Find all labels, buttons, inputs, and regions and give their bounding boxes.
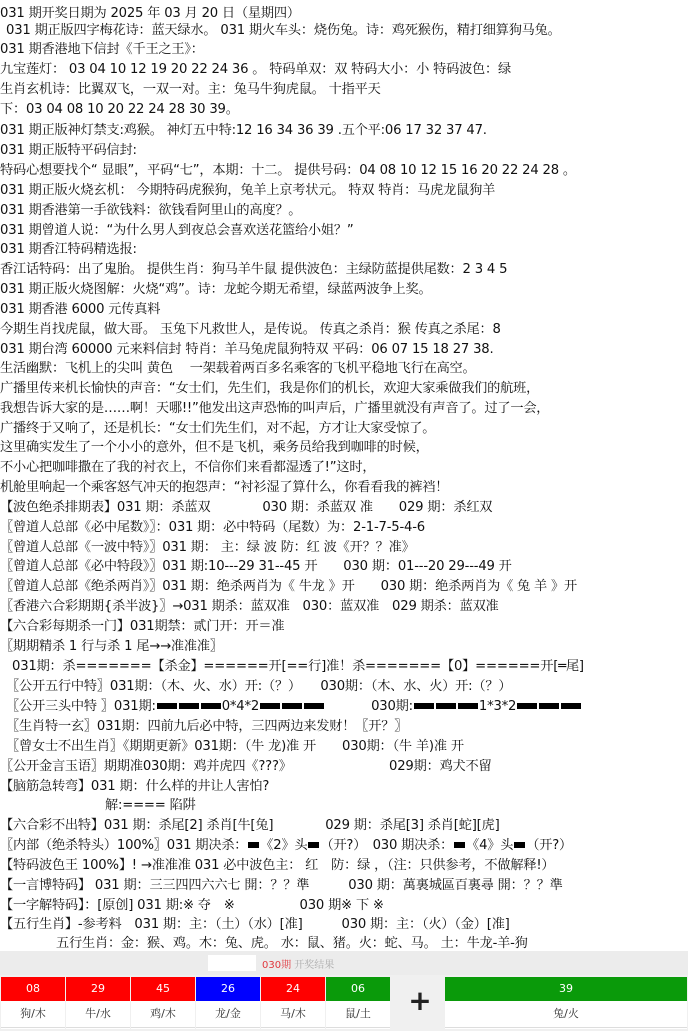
doc-line: 【一字解特码】：[原创] 031 期:※ 夺 ※ 030 期※ 下 ※ <box>0 896 384 916</box>
result-ball: 06 鼠/土 <box>326 977 390 1029</box>
doc-line: 九宝莲灯： 03 04 10 12 19 20 22 24 36 。 特码单双：… <box>0 60 511 80</box>
draw-result-panel: 030期 开奖结果 08 狗/木 29 牛/水 45 鸡/木 26 龙/金 24… <box>0 951 688 1031</box>
result-ball: 26 龙/金 <box>196 977 260 1029</box>
block-bar-icon <box>436 703 456 709</box>
doc-line: 031 期正版火烧玄机： 今期特码虎猴狗，兔羊上京考状元。 特双 特肖：马虎龙鼠… <box>0 181 495 201</box>
ball-number: 08 <box>1 977 65 1001</box>
doc-line: 〖生肖特一玄〗031期：四前九后必中特，三四两边来发财！〖开？〗 <box>6 717 407 737</box>
result-ball: 29 牛/水 <box>66 977 130 1029</box>
doc-line: 【六合彩不出特】031 期：杀尾[2] 杀肖[牛[兔] 029 期：杀尾[3] … <box>0 816 500 836</box>
doc-line: 〖期期精杀 1 行与杀 1 尾→→准准准〗 <box>0 637 223 657</box>
result-ball: 45 鸡/木 <box>131 977 195 1029</box>
doc-line: 下：03 04 08 10 20 22 24 28 30 39。 <box>0 100 239 120</box>
result-period: 030期 <box>262 960 291 971</box>
ball-zodiac: 马/木 <box>261 1001 325 1028</box>
block-bar-icon <box>539 703 559 709</box>
special-ball: 39 兔/火 <box>445 977 687 1029</box>
doc-line: 031 期香港第一手欲钱料：欲钱看阿里山的高度？。 <box>0 201 301 221</box>
block-bar-icon <box>308 842 319 848</box>
period-input-box[interactable] <box>208 955 256 971</box>
block-bar-icon <box>414 703 434 709</box>
doc-line: 【特码波色王 100%】! →准准准 031 必中波色主： 红 防：绿 ，（注：… <box>0 856 554 876</box>
ball-zodiac: 鸡/木 <box>131 1001 195 1028</box>
doc-line: 这里确实发生了一个小小的意外，但不是飞机，乘务员给我到咖啡的时候， <box>0 438 429 458</box>
neibu-line: 〖内部（绝杀特头）100%〗031 期决杀：《2》头（开?） 030 期决杀：《… <box>0 836 572 856</box>
doc-line: 【五行生肖】-参考料 031 期：主：（土）（水）[准] 030 期：主：（火）… <box>0 915 510 935</box>
doc-line: 031 期香港地下信封《千王之王》： <box>0 40 204 60</box>
plus-icon: + <box>395 977 445 1029</box>
ball-number: 45 <box>131 977 195 1001</box>
doc-line: 【六合彩每期杀一门】031期禁：贰门开：开＝准 <box>0 617 284 637</box>
sante-030-code: 1*3*2 <box>479 699 516 714</box>
doc-line: 031 期正版火烧图解：火烧“鸡”。诗：龙蛇今期无希望，绿蓝两波争上奖。 <box>0 280 431 300</box>
doc-line: 〖曾女士不出生肖〗《期期更新》031期：（牛 龙)准 开 030期：（牛 羊)准… <box>6 737 464 757</box>
doc-line: 生活幽默：飞机上的尖叫 黄色 一架载着两百多名乘客的飞机平稳地飞行在高空。 <box>0 359 476 379</box>
doc-line: 【一言博特码】 031 期：三三四四六六七 開：？？準 030 期：萬裏城區百裏… <box>0 876 563 896</box>
block-bar-icon <box>304 703 324 709</box>
ball-number: 26 <box>196 977 260 1001</box>
block-bar-icon <box>517 703 537 709</box>
doc-line: 031 期曾道人说：“为什么男人到夜总会喜欢送花篮给小姐？” <box>0 221 354 241</box>
block-bar-icon <box>201 703 221 709</box>
ball-zodiac: 狗/木 <box>1 1001 65 1028</box>
block-bar-icon <box>179 703 199 709</box>
doc-line: 广播里传来机长愉快的声音：“女士们，先生们，我是你们的机长，欢迎大家乘做我们的航… <box>0 379 539 399</box>
block-bar-icon <box>282 703 302 709</box>
neibu-031-value: 《2》头 <box>260 838 307 853</box>
doc-line: 031期：杀=======【杀金】======开[==行]准！杀=======【… <box>12 657 584 677</box>
doc-line: 〖曾道人总部《一波中特》〗031 期： 主：绿 波 防：红 波《开？？准》 <box>0 538 415 558</box>
doc-line: 不小心把咖啡撒在了我的衬衣上，不信你们来看都湿透了!”这时， <box>0 458 375 478</box>
doc-line: 031 期正版神灯禁支:鸡猴。 神灯五中特:12 16 34 36 39 .五个… <box>0 121 487 141</box>
doc-line: 机舱里响起一个乘客怒气冲天的抱怨声：“衬衫湿了算什么，你看看我的裤裆！ <box>0 478 448 498</box>
ball-number: 06 <box>326 977 390 1001</box>
result-title-text: 开奖结果 <box>294 960 334 971</box>
doc-line: 生肖玄机诗：比翼双飞，一双一对。主：兔马牛狗虎鼠。 十指平天 <box>0 80 381 100</box>
result-ball: 08 狗/木 <box>1 977 65 1029</box>
sante-031-code: 0*4*2 <box>222 699 259 714</box>
doc-line: 031 期正版四字梅花诗：蓝天绿水。 031 期火车头：烧伤兔。诗：鸡死猴伤，精… <box>6 21 561 41</box>
result-header: 030期 开奖结果 <box>0 951 688 975</box>
block-bar-icon <box>458 703 478 709</box>
doc-line: 解:==== 陷阱 <box>105 796 196 816</box>
result-title: 030期 开奖结果 <box>262 956 334 971</box>
result-balls: 08 狗/木 29 牛/水 45 鸡/木 26 龙/金 24 马/木 06 鼠/… <box>0 977 688 1031</box>
doc-line: 031 期正版特平码信封: <box>0 141 137 161</box>
doc-line: 〖曾道人总部《必中特段》〗031 期:10---29 31--45 开 030 … <box>0 557 512 577</box>
ball-number: 29 <box>66 977 130 1001</box>
doc-line: 〖公开五行中特〗031期：（木、火、水）开:（？） 030期：（木、水、火）开:… <box>6 677 511 697</box>
sante-label: 〖公开三头中特 〗031期: <box>6 699 156 714</box>
doc-line: 特码心想要找个“ 显眼”，平码“七”，本期：十二。 提供号码：04 08 10 … <box>0 161 576 181</box>
neibu-label: 〖内部（绝杀特头）100%〗031 期决杀： <box>0 838 247 853</box>
ball-zodiac: 龙/金 <box>196 1001 260 1028</box>
block-bar-icon <box>454 842 465 848</box>
doc-line: 031 期香港 6000 元传真料 <box>0 300 160 320</box>
neibu-030-value: 《4》头 <box>466 838 513 853</box>
doc-line: 〖曾道人总部《绝杀两肖》〗031 期：绝杀两肖为《 牛龙 》开 030 期：绝杀… <box>0 577 577 597</box>
doc-line: 今期生肖找虎鼠，做大哥。 玉兔下凡救世人，是传说。 传真之杀肖：猴 传真之杀尾：… <box>0 320 501 340</box>
doc-line: 〖公开金言玉语〗期期准030期：鸡并虎四《???》 029期：鸡犬不留 <box>0 757 492 777</box>
special-ball-number: 39 <box>445 977 687 1001</box>
result-ball: 24 马/木 <box>261 977 325 1029</box>
doc-line: 广播终于又响了，还是机长：“女士们先生们，对不起，方才让大家受惊了。 <box>0 419 435 439</box>
doc-line: 【脑筋急转弯】031 期：什么样的井让人害怕? <box>0 777 269 797</box>
sante-030-label: 030期: <box>371 699 413 714</box>
doc-line: 031 期台湾 60000 元来料信封 特肖：羊马兔虎鼠狗特双 平码：06 07… <box>0 340 493 360</box>
doc-line: 〖曾道人总部《必中尾数》〗：031 期：必中特码（尾数）为：2-1-7-5-4-… <box>0 518 425 538</box>
doc-line: 【波色绝杀排期表】031 期：杀蓝双 030 期：杀蓝双 准 029 期：杀红双 <box>0 498 492 518</box>
block-bar-icon <box>260 703 280 709</box>
doc-line: 我想告诉大家的是……啊！天哪!!”他发出这声恐怖的叫声后，广播里就没有声音了。过… <box>0 399 549 419</box>
doc-line: 香江话特码：出了鬼胎。 提供生肖：狗马羊牛鼠 提供波色：主绿防蓝提供尾数：2 3… <box>0 260 507 280</box>
ball-zodiac: 鼠/土 <box>326 1001 390 1028</box>
special-ball-zodiac: 兔/火 <box>445 1001 687 1028</box>
ball-zodiac: 牛/水 <box>66 1001 130 1028</box>
block-bar-icon <box>248 842 259 848</box>
doc-line: 031 期香江特码精选报: <box>0 240 137 260</box>
sante-line: 〖公开三头中特 〗031期:0*4*2030期:1*3*2 <box>6 697 582 717</box>
block-bar-icon <box>157 703 177 709</box>
ball-number: 24 <box>261 977 325 1001</box>
block-bar-icon <box>514 842 525 848</box>
neibu-open-text: （开?） 030 期决杀： <box>320 838 453 853</box>
block-bar-icon <box>561 703 581 709</box>
neibu-open-text: （开?） <box>526 838 572 853</box>
doc-line: 〖香港六合彩期期{杀半波}〗→031 期杀：蓝双准 030：蓝双准 029 期杀… <box>0 597 499 617</box>
